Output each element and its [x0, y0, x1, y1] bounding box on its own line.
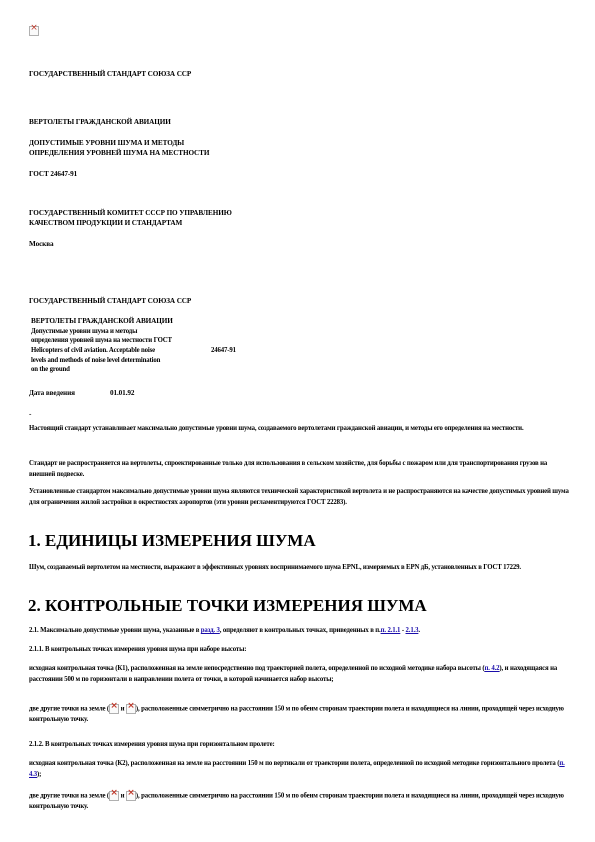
broken-image-icon	[126, 791, 136, 801]
document-title-line2: ОПРЕДЕЛЕНИЯ УРОВНЕЙ ШУМА НА МЕСТНОСТИ	[29, 149, 209, 159]
committee-line2: КАЧЕСТВОМ ПРОДУКЦИИ И СТАНДАРТАМ	[29, 219, 182, 229]
gost-number-2: 24647-91	[211, 346, 236, 356]
p21-end: .	[418, 627, 420, 634]
introduction-date-row: Дата введения 01.01.92	[29, 389, 134, 399]
subject-title: ВЕРТОЛЕТЫ ГРАЖДАНСКОЙ АВИАЦИИ	[29, 118, 171, 128]
en-title-line3: on the ground	[31, 365, 271, 375]
date-label: Дата введения	[29, 389, 110, 399]
document-title-line1: ДОПУСТИМЫЕ УРОВНИ ШУМА И МЕТОДЫ	[29, 139, 184, 149]
broken-image-icon	[109, 791, 119, 801]
p21-text-b: , определяют в контрольных точках, приве…	[220, 627, 381, 634]
en-title-line2: levels and methods of noise level determ…	[31, 356, 271, 366]
city: Москва	[29, 240, 54, 250]
broken-image-icon	[109, 704, 119, 714]
link-item-2-1-3[interactable]: 2.1.3	[406, 627, 419, 634]
paragraph-2-1-1: 2.1.1. В контрольных точках измерения ур…	[29, 645, 569, 656]
en-title-line1: Helicopters of civil aviation. Acceptabl…	[31, 346, 211, 356]
state-standard-title-2: ГОСУДАРСТВЕННЫЙ СТАНДАРТ СОЮЗА ССР	[29, 297, 191, 307]
paragraph-2-1-1-b: две другие точки на земле ( и ), располо…	[29, 704, 569, 726]
intro-paragraph-3: Установленные стандартом максимально доп…	[29, 487, 569, 508]
p211b-and: и	[119, 706, 126, 713]
section-2-heading: 2. КОНТРОЛЬНЫЕ ТОЧКИ ИЗМЕРЕНИЯ ШУМА	[28, 596, 427, 616]
p211b-text-a: две другие точки на земле (	[29, 706, 109, 713]
en-title-line1-row: Helicopters of civil aviation. Acceptabl…	[31, 346, 271, 356]
committee-line1: ГОСУДАРСТВЕННЫЙ КОМИТЕТ СССР ПО УПРАВЛЕН…	[29, 209, 232, 219]
state-standard-title: ГОСУДАРСТВЕННЫЙ СТАНДАРТ СОЮЗА ССР	[29, 70, 191, 80]
standard-header-table: ВЕРТОЛЕТЫ ГРАЖДАНСКОЙ АВИАЦИИ Допустимые…	[31, 317, 271, 375]
broken-image-icon	[29, 26, 39, 36]
intro-paragraph-1: Настоящий стандарт устанавливает максима…	[29, 424, 569, 435]
paragraph-2-1-2: 2.1.2. В контрольных точках измерения ур…	[29, 740, 569, 751]
dash-separator: -	[29, 410, 31, 420]
section-1-heading: 1. ЕДИНИЦЫ ИЗМЕРЕНИЯ ШУМА	[28, 531, 316, 551]
link-item-4-2[interactable]: п. 4.2	[485, 665, 500, 672]
intro-paragraph-2: Стандарт не распространяется на вертолет…	[29, 459, 569, 480]
p212b-text-a: две другие точки на земле (	[29, 793, 109, 800]
p211a-text-a: исходная контрольная точка (К1), располо…	[29, 665, 485, 672]
paragraph-2-1-1-a: исходная контрольная точка (К1), располо…	[29, 664, 569, 685]
subject-title-2: ВЕРТОЛЕТЫ ГРАЖДАНСКОЙ АВИАЦИИ	[31, 317, 271, 327]
p212b-and: и	[119, 793, 126, 800]
gost-label: ГОСТ	[154, 336, 172, 346]
paragraph-2-1-2-b: две другие точки на земле ( и ), располо…	[29, 791, 569, 813]
link-section-3[interactable]: разд. 3	[201, 627, 220, 634]
date-value: 01.01.92	[110, 389, 134, 399]
ru-title-line1: Допустимые уровни шума и методы	[31, 327, 271, 337]
broken-image-icon	[126, 704, 136, 714]
gost-number: ГОСТ 24647-91	[29, 170, 77, 180]
paragraph-2-1-2-a: исходная контрольная точка (К2), располо…	[29, 759, 569, 780]
p21-text-a: 2.1. Максимально допустимые уровни шума,…	[29, 627, 201, 634]
paragraph-2-1: 2.1. Максимально допустимые уровни шума,…	[29, 626, 569, 637]
ru-title-line2-row: определения уровней шума на местности ГО…	[31, 336, 271, 346]
link-item-2-1-1[interactable]: п. 2.1.1	[381, 627, 401, 634]
section-1-text: Шум, создаваемый вертолетом на местности…	[29, 563, 569, 574]
p212a-text-a: исходная контрольная точка (К2), располо…	[29, 760, 559, 767]
p212a-text-b: );	[37, 771, 41, 778]
ru-title-line2: определения уровней шума на местности	[31, 336, 152, 346]
